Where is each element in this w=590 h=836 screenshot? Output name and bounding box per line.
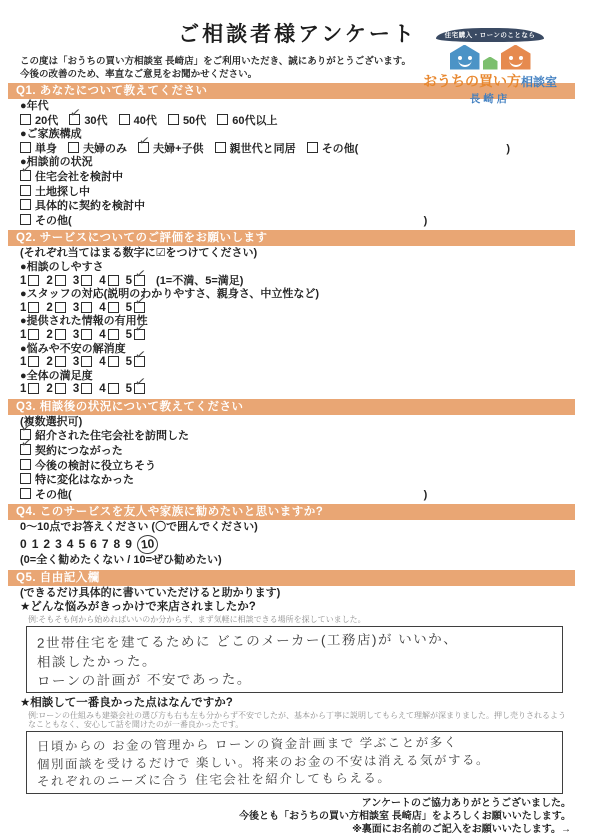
smiley-mouth (509, 58, 522, 67)
rating-number: 2 (46, 329, 52, 341)
rating-number: 3 (73, 329, 79, 341)
rating-checkbox[interactable]: ✓ (134, 329, 145, 340)
option-label-suffix: ) (424, 489, 428, 501)
rating-number: 1 (20, 329, 26, 341)
checkmark-icon: ✓ (138, 133, 151, 148)
q1-family-options: 単身 夫婦のみ ✓夫婦+子供 親世代と同居 その他() (20, 142, 575, 157)
q1-status-option[interactable]: 具体的に契約を検討中 (20, 199, 575, 214)
rating-checkbox[interactable] (108, 356, 119, 367)
checkbox-option[interactable]: 40代 (119, 115, 157, 127)
option-label-suffix: ) (424, 215, 428, 227)
checkbox-option-other[interactable]: その他() (307, 143, 510, 155)
checkbox[interactable] (217, 114, 228, 125)
footer-line-3: ※裏面にお名前のご記入をお願いいたします。→ (20, 823, 571, 836)
q5-prompt-1: ★どんな悩みがきっかけで来店されましたか? (20, 600, 575, 614)
brand-name: おうちの買い方相談室 (404, 71, 576, 91)
scale-number[interactable]: 3 (55, 536, 62, 552)
logo-banner-text: 住宅購入・ローンのことなら (436, 28, 545, 42)
q2-row-label: ●相談のしやすさ (20, 261, 575, 275)
checkbox-option[interactable]: ✓30代 (69, 115, 107, 127)
rating-checkbox[interactable] (81, 383, 92, 394)
rating-checkbox[interactable] (28, 302, 39, 313)
rating-checkbox[interactable] (28, 383, 39, 394)
checkbox[interactable]: ✓ (20, 170, 31, 181)
checkbox[interactable] (20, 199, 31, 210)
rating-checkbox[interactable] (28, 356, 39, 367)
rating-number: 4 (99, 329, 105, 341)
checkbox[interactable] (20, 214, 31, 225)
checkbox[interactable]: ✓ (138, 142, 149, 153)
checkbox-option[interactable]: 20代 (20, 115, 58, 127)
q1-status-option[interactable]: ✓住宅会社を検討中 (20, 170, 575, 185)
q2-row-label: ●全体の満足度 (20, 370, 575, 384)
logo-houses (404, 43, 576, 70)
option-label: その他( (322, 143, 359, 155)
option-label: 20代 (35, 115, 58, 127)
rating-checkbox[interactable] (55, 383, 66, 394)
q3-option[interactable]: 特に変化はなかった (20, 473, 575, 488)
rating-checkbox[interactable] (28, 329, 39, 340)
q2-row-label: ●提供された情報の有用性 (20, 315, 575, 329)
checkbox[interactable] (307, 142, 318, 153)
q4-header-bar: Q4. このサービスを友人や家族に勧めたいと思いますか? (8, 504, 575, 520)
q2-header-bar: Q2. サービスについてのご評価をお願いします (8, 230, 575, 246)
checkbox[interactable] (20, 459, 31, 470)
rating-number: 4 (99, 302, 105, 314)
checkbox[interactable] (68, 142, 79, 153)
checkbox-option[interactable]: 50代 (168, 115, 206, 127)
rating-checkbox[interactable] (55, 275, 66, 286)
rating-checkbox[interactable] (81, 275, 92, 286)
brand-logo: 住宅購入・ローンのことなら おうちの買い方相談室 長崎店 (404, 24, 576, 106)
q2-note: (それぞれ当てはまる数字に☑をつけてください) (20, 247, 575, 261)
rating-number: 1 (20, 356, 26, 368)
checkbox[interactable] (20, 114, 31, 125)
scale-number[interactable]: 4 (67, 536, 74, 552)
rating-number: 5 (126, 275, 132, 287)
option-label: 60代以上 (232, 115, 277, 127)
rating-checkbox[interactable] (28, 275, 39, 286)
footer-line-2: 今後とも「おうちの買い方相談室 長崎店」をよろしくお願いいたします。 (20, 810, 571, 823)
checkmark-icon: ✓ (20, 435, 33, 450)
q1-status-option[interactable]: 土地探し中 (20, 185, 575, 200)
rating-number: 3 (73, 356, 79, 368)
q2-rating-row: 12345✓ (20, 383, 575, 397)
rating-checkbox[interactable] (108, 329, 119, 340)
option-label: その他( (35, 489, 72, 501)
rating-checkbox[interactable]: ✓ (134, 275, 145, 286)
q5-note: (できるだけ具体的に書いていただけると助かります) (20, 587, 575, 601)
scale-number[interactable]: 9 (125, 536, 132, 552)
scale-number[interactable]: 2 (43, 536, 50, 552)
q2-row-label: ●悩みや不安の解消度 (20, 343, 575, 357)
checkbox[interactable] (20, 473, 31, 484)
checkbox-option[interactable]: 夫婦のみ (68, 143, 127, 155)
option-label: 特に変化はなかった (35, 474, 134, 486)
rating-checkbox[interactable] (81, 329, 92, 340)
rating-checkbox[interactable] (55, 302, 66, 313)
intro-text: この度は「おうちの買い方相談室 長崎店」をご利用いただき、誠にありがとうございま… (20, 55, 420, 81)
rating-checkbox[interactable] (108, 275, 119, 286)
q1-status-label: ●相談前の状況 (20, 156, 575, 170)
checkmark-icon: ✓ (134, 320, 147, 335)
q4-number-scale: 012345678910 (20, 535, 575, 554)
option-label: 40代 (134, 115, 157, 127)
intro-line-1: この度は「おうちの買い方相談室 長崎店」をご利用いただき、誠にありがとうございま… (20, 55, 420, 68)
checkmark-icon: ✓ (20, 161, 33, 176)
scale-number[interactable]: 1 (32, 536, 39, 552)
option-label: 契約につながった (35, 445, 123, 457)
rating-checkbox[interactable]: ✓ (134, 302, 145, 313)
option-label: 具体的に契約を検討中 (35, 200, 145, 212)
checkbox-option[interactable]: 親世代と同居 (215, 143, 296, 155)
q4-legend: (0=全く勧めたくない / 10=ぜひ勧めたい) (20, 554, 575, 568)
q1-family-label: ●ご家族構成 (20, 128, 575, 142)
free-answer-box-1[interactable]: 2世帯住宅を建てるために どこのメーカー(工務店)が いいか、 相談したかった。… (26, 626, 563, 693)
checkbox[interactable] (168, 114, 179, 125)
q3-option[interactable]: 今後の検討に役立ちそう (20, 459, 575, 474)
footer-line-1: アンケートのご協力ありがとうございました。 (20, 797, 571, 810)
option-label: 夫婦のみ (83, 143, 127, 155)
rating-number: 4 (99, 356, 105, 368)
survey-page: 住宅購入・ローンのことなら おうちの買い方相談室 長崎店 ご相談者様アンケート … (0, 0, 590, 836)
option-label: 30代 (84, 115, 107, 127)
rating-number: 1 (20, 383, 26, 395)
rating-number: 3 (73, 383, 79, 395)
rating-checkbox[interactable] (55, 329, 66, 340)
checkbox[interactable]: ✓ (69, 114, 80, 125)
rating-checkbox[interactable] (81, 302, 92, 313)
checkbox[interactable]: ✓ (20, 444, 31, 455)
q5-example-1: 例:そもそも何から始めればいいのか分からず、まず気軽に相談できる場所を探していま… (28, 615, 569, 624)
rating-checkbox[interactable]: ✓ (134, 356, 145, 367)
checkbox-option[interactable]: ✓夫婦+子供 (138, 143, 203, 155)
rating-legend: (1=不満、5=満足) (156, 275, 243, 287)
checkbox[interactable] (20, 142, 31, 153)
checkbox-option[interactable]: 60代以上 (217, 115, 277, 127)
rating-number: 2 (46, 275, 52, 287)
store-name: 長崎店 (404, 91, 576, 106)
rating-checkbox[interactable] (108, 302, 119, 313)
option-label: 紹介された住宅会社を訪問した (35, 430, 189, 442)
option-label: 単身 (35, 143, 57, 155)
rating-number: 2 (46, 383, 52, 395)
q1-status-option-other[interactable]: その他() (20, 214, 575, 229)
scale-number[interactable]: 0 (20, 536, 27, 552)
checkbox[interactable] (20, 488, 31, 499)
q2-rating-row: 12345✓ (20, 356, 575, 370)
scale-number[interactable]: 8 (114, 536, 121, 552)
handwritten-line: ローンの計画が 不安であった。 (37, 667, 552, 691)
checkbox[interactable] (215, 142, 226, 153)
footer-text: アンケートのご協力ありがとうございました。 今後とも「おうちの買い方相談室 長崎… (20, 797, 575, 836)
intro-line-2: 今後の改善のため、率直なご意見をお聞かせください。 (20, 68, 420, 81)
option-label: 夫婦+子供 (153, 143, 203, 155)
rating-checkbox[interactable] (55, 356, 66, 367)
q2-row-label: ●スタッフの対応(説明のわかりやすさ、親身さ、中立性など) (20, 288, 575, 302)
rating-number: 4 (99, 275, 105, 287)
house-smiley-icon-orange (501, 45, 531, 70)
option-label: その他( (35, 215, 72, 227)
checkmark-icon: ✓ (134, 266, 147, 281)
option-label: 住宅会社を検討中 (35, 171, 123, 183)
checkmark-icon: ✓ (134, 347, 147, 362)
rating-number: 5 (126, 383, 132, 395)
rating-number: 1 (20, 275, 26, 287)
q2-rating-row: 12345✓ (20, 329, 575, 343)
checkbox[interactable] (119, 114, 130, 125)
rating-number: 2 (46, 302, 52, 314)
option-label: 50代 (183, 115, 206, 127)
rating-checkbox[interactable]: ✓ (134, 383, 145, 394)
q2-rating-row: 12345✓ (20, 302, 575, 316)
rating-number: 5 (126, 356, 132, 368)
checkbox-option[interactable]: 単身 (20, 143, 57, 155)
rating-number: 5 (126, 302, 132, 314)
rating-number: 2 (46, 356, 52, 368)
brand-name-main: おうちの買い方 (423, 73, 521, 89)
rating-number: 4 (99, 383, 105, 395)
smiley-mouth (458, 58, 471, 67)
rating-number: 3 (73, 275, 79, 287)
option-label: 今後の検討に役立ちそう (35, 460, 156, 472)
q3-option-other[interactable]: その他() (20, 488, 575, 503)
option-label: 土地探し中 (35, 186, 90, 198)
q5-prompt-2: ★相談して一番良かった点はなんですか? (20, 696, 575, 710)
handwritten-line: それぞれのニーズに合う 住宅会社を紹介してもらえる。 (37, 769, 552, 792)
rating-number: 1 (20, 302, 26, 314)
q3-option[interactable]: ✓契約につながった (20, 444, 575, 459)
q5-example-2: 例:ローンの仕組みも建築会社の選び方も右も左も分からず不安でしたが、基本から丁寧… (28, 711, 569, 729)
q4-instruction: 0〜10点でお答えください (〇で囲んでください) (20, 521, 575, 535)
q3-header-bar: Q3. 相談後の状況について教えてください (8, 399, 575, 415)
rating-checkbox[interactable] (81, 356, 92, 367)
scale-number[interactable]: 6 (90, 536, 97, 552)
checkmark-icon: ✓ (69, 105, 82, 120)
q5-header-bar: Q5. 自由記入欄 (8, 570, 575, 586)
q3-note: (複数選択可) (20, 416, 575, 430)
scale-number[interactable]: 5 (78, 536, 85, 552)
q1-age-options: 20代 ✓30代 40代 50代 60代以上 (20, 114, 575, 129)
rating-number: 3 (73, 302, 79, 314)
scale-number-selected[interactable]: 10 (136, 534, 159, 555)
checkmark-icon: ✓ (134, 293, 147, 308)
rating-checkbox[interactable] (108, 383, 119, 394)
free-answer-box-2[interactable]: 日頃からの お金の管理から ローンの資金計画まで 学ぶことが多く 個別面談を受け… (26, 731, 563, 794)
rating-number: 5 (126, 329, 132, 341)
brand-name-sub: 相談室 (521, 75, 557, 89)
q3-option[interactable]: ✓紹介された住宅会社を訪問した (20, 429, 575, 444)
house-smiley-icon-blue (450, 45, 480, 70)
option-label: 親世代と同居 (230, 143, 296, 155)
checkmark-icon: ✓ (134, 374, 147, 389)
option-label-suffix: ) (506, 143, 510, 155)
checkbox[interactable] (20, 185, 31, 196)
house-icon-green (483, 57, 498, 70)
q2-rating-row: 12345✓(1=不満、5=満足) (20, 275, 575, 289)
scale-number[interactable]: 7 (102, 536, 109, 552)
